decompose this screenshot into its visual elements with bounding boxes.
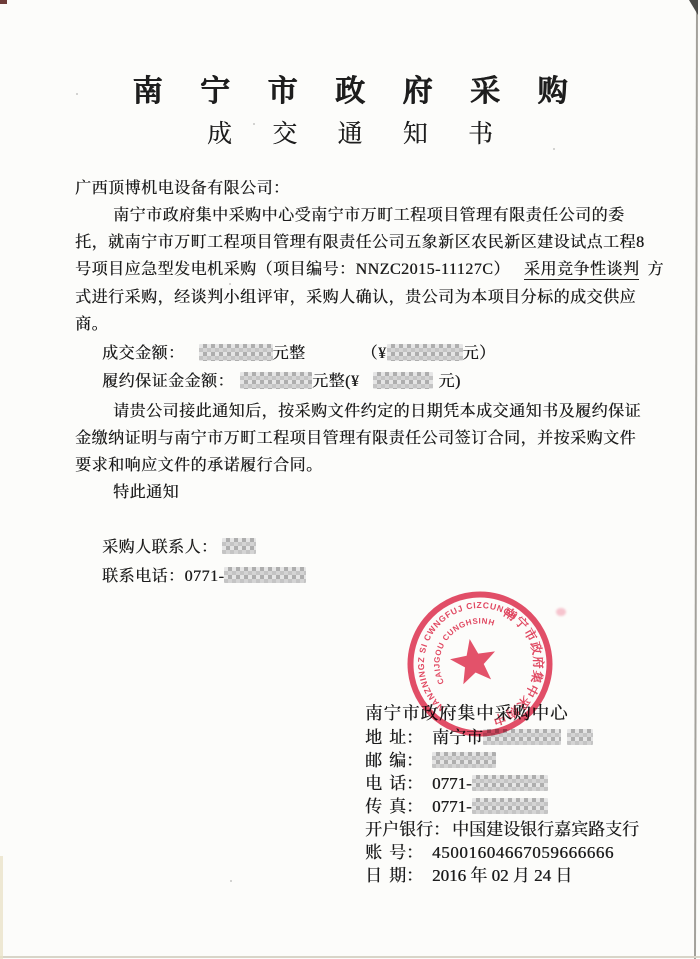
footer-date-value: 2016 年 02 月 24 日 [432, 861, 572, 886]
footer-account-label: 账号： [365, 838, 423, 863]
contact-person-label: 采购人联系人： [102, 539, 218, 556]
redacted-contact-phone [224, 567, 306, 583]
deal-amount-label: 成交金额： [102, 345, 185, 362]
footer-postal-label: 邮编： [365, 746, 423, 771]
scan-edge-line-bottom [0, 956, 700, 958]
paragraph1-line1: 南宁市政府集中采购中心受南宁市万町工程项目管理有限责任公司的委 [113, 205, 625, 227]
bond-amount-line: 履约保证金金额：元整(¥元) [102, 371, 461, 393]
scan-dust-speck [229, 283, 231, 285]
scan-corner-mark-top-right [689, 0, 698, 15]
scan-strip-bottom-left [0, 856, 3, 959]
redacted-fax-number [472, 798, 548, 814]
footer-tel-label: 电话： [365, 769, 423, 794]
document-title: 南 宁 市 政 府 采 购 [0, 66, 700, 110]
footer-account-value: 45001604667059666666 [432, 843, 614, 863]
footer-fax-row: 传真： 0771- [365, 792, 548, 817]
paragraph1-line5: 商。 [75, 314, 108, 336]
contact-person-line: 采购人联系人： [102, 537, 256, 559]
scanned-procurement-notice: 南 宁 市 政 府 采 购 成 交 通 知 书 广西顶博机电设备有限公司： 南宁… [0, 0, 700, 959]
redacted-postal-code [432, 752, 496, 768]
footer-postal-value [432, 751, 496, 771]
footer-account-label-char1: 账 [365, 838, 382, 863]
paragraph1-line3-tail: 方 [647, 261, 664, 278]
scan-speck-top-left [0, 0, 7, 4]
footer-postal-label-char2: 编： [389, 746, 423, 771]
footer-fax-label: 传真： [365, 792, 423, 817]
paragraph1-line3: 号项目应急型发电机采购（项目编号：NNZC2015-11127C）采用竞争性谈判… [75, 259, 664, 281]
paragraph2-line1: 请贵公司接此通知后，按采购文件约定的日期凭本成交通知书及履约保证 [113, 401, 641, 423]
footer-bank-value: 中国建设银行嘉宾路支行 [452, 815, 639, 840]
paragraph1-line4: 式进行采购，经谈判小组评审，采购人确认，贵公司为本项目分标的成交供应 [75, 287, 636, 309]
deal-amount-line: 成交金额：元整（¥元） [102, 343, 496, 365]
footer-tel-label-char1: 电 [365, 769, 382, 794]
redacted-tel-number [472, 775, 548, 791]
redacted-bond-amount-words [240, 372, 312, 389]
procurement-method-underlined: 采用竞争性谈判 [524, 261, 640, 280]
paragraph2-line3: 要求和响应文件的承诺履行合同。 [75, 455, 323, 477]
scan-dust-speck [253, 123, 255, 125]
seal-star-icon [447, 635, 500, 686]
bond-amount-paren-close: 元) [438, 373, 460, 390]
footer-bank-row: 开户银行： 中国建设银行嘉宾路支行 [365, 815, 639, 840]
footer-account-row: 账号： 45001604667059666666 [365, 838, 614, 863]
footer-postal-row: 邮编： [365, 746, 496, 771]
footer-account-label-char2: 号： [389, 838, 423, 863]
scan-dust-speck [76, 93, 78, 95]
bond-amount-label: 履约保证金金额： [102, 373, 234, 390]
bond-amount-unit: 元整(¥ [312, 373, 359, 390]
notice-line: 特此通知 [113, 482, 179, 504]
footer-address-label-char1: 地 [365, 723, 382, 748]
redacted-bond-amount-figures [373, 372, 433, 389]
footer-fax-label-char2: 真： [389, 792, 423, 817]
contact-phone-label: 联系电话： [102, 568, 185, 585]
deal-amount-unit: 元整 [273, 345, 306, 362]
footer-date-label-char1: 日 [365, 861, 382, 886]
project-number-text: 号项目应急型发电机采购（项目编号：NNZC2015-11127C） [75, 261, 510, 278]
footer-date-row: 日期： 2016 年 02 月 24 日 [365, 861, 572, 886]
recipient-line: 广西顶博机电设备有限公司： [75, 178, 290, 200]
paragraph2-line2: 金缴纳证明与南宁市万町工程项目管理有限责任公司签订合同，并按采购文件 [75, 428, 636, 450]
scan-dust-speck [553, 148, 555, 150]
redacted-deal-amount-figures [387, 344, 463, 361]
footer-date-label-char2: 期： [389, 861, 423, 886]
footer-date-label: 日期： [365, 861, 423, 886]
footer-tel-label-char2: 话： [389, 769, 423, 794]
footer-postal-label-char1: 邮 [365, 746, 382, 771]
redacted-deal-amount-words [199, 344, 273, 361]
deal-amount-paren-close: 元） [463, 345, 496, 362]
redacted-address-2 [567, 729, 593, 745]
footer-fax-value: 0771- [432, 797, 548, 817]
redacted-contact-person [222, 538, 256, 554]
footer-bank-label: 开户银行： [365, 815, 450, 840]
document-subtitle: 成 交 通 知 书 [0, 114, 700, 150]
contact-phone-line: 联系电话：0771- [102, 566, 306, 588]
footer-tel-prefix: 0771- [432, 774, 472, 793]
scan-dust-speck [230, 880, 232, 882]
footer-tel-row: 电话： 0771- [365, 769, 548, 794]
official-seal-stamp: NANZNINGZ SI CWNGFUJ CIZCUNGH 南宁市政府集中采购中… [396, 580, 563, 747]
paragraph1-line2: 托，就南宁市万町工程项目管理有限责任公司五象新区农民新区建设试点工程8 [75, 232, 645, 254]
seal-ink-smudge [556, 608, 566, 616]
footer-fax-prefix: 0771- [432, 797, 472, 816]
footer-fax-label-char1: 传 [365, 792, 382, 817]
deal-amount-paren-open: （¥ [362, 345, 387, 362]
footer-tel-value: 0771- [432, 774, 548, 794]
contact-phone-prefix: 0771- [185, 568, 225, 585]
